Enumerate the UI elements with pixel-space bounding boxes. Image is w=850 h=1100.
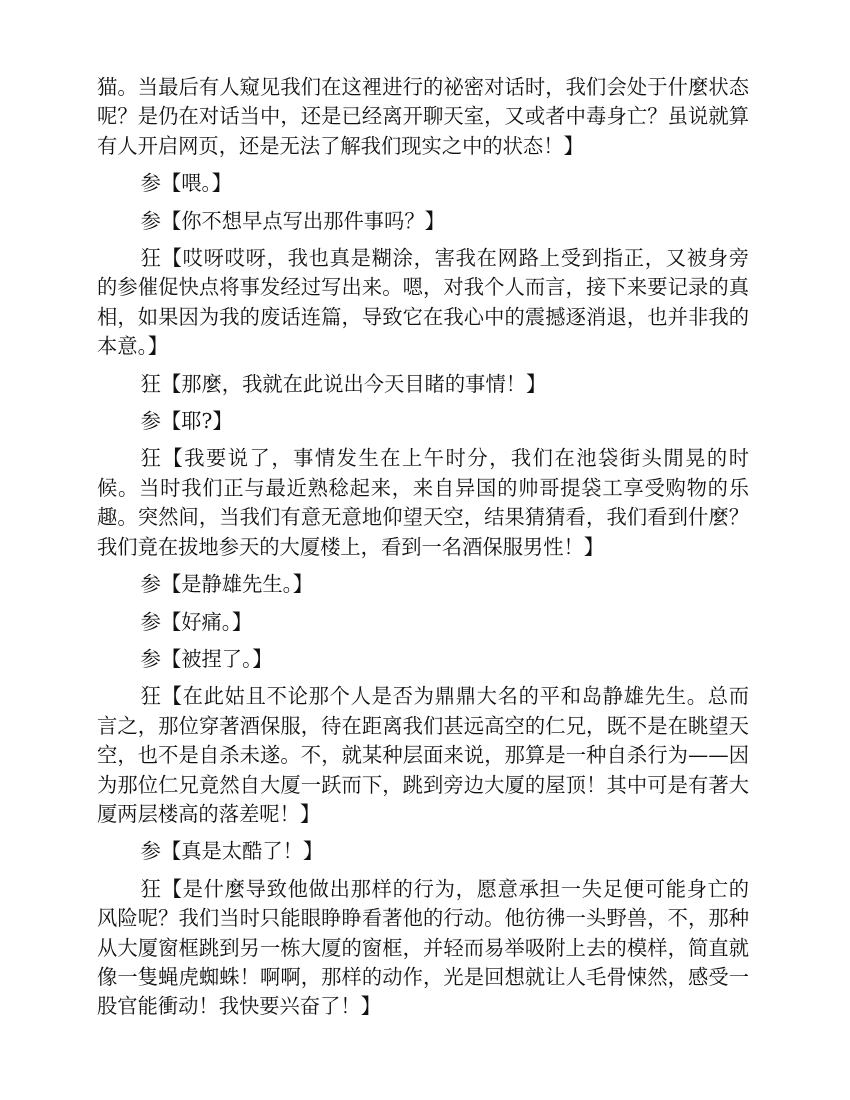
dialogue-paragraph: 参【你不想早点写出那件事吗？】 [97, 207, 749, 236]
paragraph-text: 【哎呀哎呀，我也真是糊涂，害我在网路上受到指正，又被身旁的参催促快点将事发经过写… [97, 246, 749, 358]
document-page: 猫。当最后有人窥见我们在这裡进行的祕密对话时，我们会处于什麼状态呢？是仍在对话当… [97, 73, 749, 1030]
paragraph-text: 【我要说了，事情发生在上午时分，我们在池袋街头閒晃的时候。当时我们正与最近熟稔起… [97, 446, 749, 558]
dialogue-paragraph: 参【被捏了。】 [97, 645, 749, 674]
paragraph-text: 【真是太酷了！】 [161, 839, 323, 863]
dialogue-paragraph: 狂【哎呀哎呀，我也真是糊涂，害我在网路上受到指正，又被身旁的参催促快点将事发经过… [97, 244, 749, 362]
paragraph-text: 猫。当最后有人窥见我们在这裡进行的祕密对话时，我们会处于什麼状态呢？是仍在对话当… [97, 75, 749, 158]
paragraph-text: 【喂。】 [161, 171, 232, 195]
speaker-name: 狂 [141, 372, 161, 396]
dialogue-paragraph: 参【好痛。】 [97, 608, 749, 637]
dialogue-paragraph: 参【是静雄先生。】 [97, 570, 749, 599]
dialogue-paragraph: 参【耶?】 [97, 407, 749, 436]
paragraph-text: 【那麼，我就在此说出今天目睹的事情！】 [161, 372, 546, 396]
speaker-name: 参 [141, 572, 161, 596]
speaker-name: 参 [141, 647, 161, 671]
paragraph-text: 【好痛。】 [161, 610, 252, 634]
dialogue-paragraph: 狂【那麼，我就在此说出今天目睹的事情！】 [97, 370, 749, 399]
paragraph-continued: 猫。当最后有人窥见我们在这裡进行的祕密对话时，我们会处于什麼状态呢？是仍在对话当… [97, 73, 749, 161]
speaker-name: 参 [141, 409, 161, 433]
speaker-name: 参 [141, 610, 161, 634]
dialogue-paragraph: 狂【在此姑且不论那个人是否为鼎鼎大名的平和岛静雄先生。总而言之，那位穿著酒保服，… [97, 682, 749, 829]
dialogue-paragraph: 狂【我要说了，事情发生在上午时分，我们在池袋街头閒晃的时候。当时我们正与最近熟稔… [97, 444, 749, 562]
paragraph-text: 【是静雄先生。】 [161, 572, 313, 596]
speaker-name: 狂 [141, 246, 162, 270]
paragraph-text: 【被捏了。】 [161, 647, 273, 671]
paragraph-text: 【耶?】 [161, 409, 233, 433]
speaker-name: 参 [141, 171, 161, 195]
dialogue-paragraph: 参【真是太酷了！】 [97, 837, 749, 866]
dialogue-paragraph: 狂【是什麼导致他做出那样的行为，愿意承担一失足便可能身亡的风险呢？我们当时只能眼… [97, 875, 749, 1022]
dialogue-paragraph: 参【喂。】 [97, 169, 749, 198]
speaker-name: 狂 [141, 446, 163, 470]
paragraph-text: 【是什麼导致他做出那样的行为，愿意承担一失足便可能身亡的风险呢？我们当时只能眼睁… [97, 877, 749, 1019]
paragraph-text: 【你不想早点写出那件事吗？】 [161, 209, 445, 233]
speaker-name: 狂 [141, 684, 162, 708]
paragraph-text: 【在此姑且不论那个人是否为鼎鼎大名的平和岛静雄先生。总而言之，那位穿著酒保服，待… [97, 684, 749, 826]
speaker-name: 参 [141, 839, 161, 863]
speaker-name: 参 [141, 209, 161, 233]
speaker-name: 狂 [141, 877, 162, 901]
